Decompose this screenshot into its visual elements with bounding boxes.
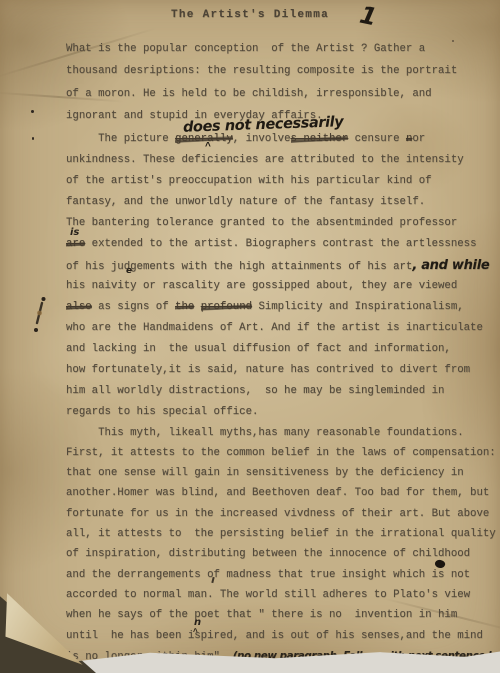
typed-line: are extended to the artist. Biographers … [66, 234, 494, 255]
typed-line: until he has been ispired, and is out of… [66, 626, 494, 646]
typed-line: unkindness. These deficiencies are attri… [66, 150, 494, 171]
typed-text: fortunate for us in the increased vivdne… [66, 508, 489, 520]
typed-line: that one sense will gain in sensitivenes… [66, 463, 494, 483]
typed-line: is no longer within him". (no new paragr… [66, 646, 494, 666]
typed-line: all, it attests to the persisting belief… [66, 524, 494, 544]
struck-text: also [66, 301, 92, 313]
page-title: The Artist's Dilemma [0, 9, 500, 21]
handwritten-correction-n: n [194, 617, 201, 628]
typed-line: his naivity or rascality are gossipped a… [66, 276, 494, 297]
typed-line: him all worldly distractions, so he may … [66, 381, 494, 402]
typed-line: how fortunately,it is said, nature has c… [66, 360, 494, 381]
typed-text: until he has been ispired, and is out of… [66, 630, 483, 642]
typed-text: unkindness. These deficiencies are attri… [66, 154, 464, 166]
typed-line: when he says of the poet that " there is… [66, 605, 494, 625]
paper-sheet: The Artist's Dilemma 1 What is the popul… [0, 0, 500, 673]
typed-text: , involve [233, 133, 291, 145]
typed-text: The picture [66, 133, 175, 145]
typed-line: What is the popular conception of the Ar… [66, 38, 494, 60]
typed-text: of inspiration, distributing between the… [66, 548, 470, 560]
typed-text [194, 301, 200, 313]
typed-text: that one sense will gain in sensitivenes… [66, 467, 464, 479]
typed-line: another.Homer was blind, and Beethoven d… [66, 483, 494, 503]
caret-icon: ^ [193, 628, 198, 637]
struck-text: the [175, 301, 194, 313]
typed-text: how fortunately,it is said, nature has c… [66, 364, 470, 376]
typed-text: him all worldly distractions, so he may … [66, 385, 444, 397]
typed-line: accorded to normal man. The world still … [66, 585, 494, 605]
typed-text: of his judgements with the high attainme… [66, 261, 412, 273]
typed-text: of the artist's preoccupation with his p… [66, 175, 432, 187]
paper-speck [452, 40, 454, 42]
paragraph: This myth, likeall myths,has many reason… [66, 423, 494, 667]
typed-line: thousand desriptions: the resulting comp… [66, 60, 494, 82]
typed-text: thousand desriptions: the resulting comp… [66, 65, 457, 77]
typed-line: First, it attests to the common belief i… [66, 443, 494, 463]
typed-line: The bantering tolerance granted to the a… [66, 213, 494, 234]
typed-text: extended to the artist. Biographers cont… [85, 238, 476, 250]
handwritten-text: , and while [412, 258, 489, 273]
typed-text: fantasy, and the unworldly nature of the… [66, 196, 425, 208]
typed-line: of inspiration, distributing between the… [66, 544, 494, 564]
typed-text: This myth, likeall myths,has many reason… [66, 427, 464, 439]
caret-icon: ^ [205, 142, 211, 153]
typed-line: fantasy, and the unworldly nature of the… [66, 192, 494, 213]
struck-text: s neither [291, 133, 349, 145]
typed-line: regards to his special office. [66, 402, 494, 423]
handwritten-correction-is: is [70, 227, 79, 238]
paper-speck [32, 137, 34, 140]
typed-text: is no longer within him". [66, 651, 233, 663]
typed-text: as signs of [92, 301, 175, 313]
typed-line: This myth, likeall myths,has many reason… [66, 423, 494, 443]
typed-text: accorded to normal man. The world still … [66, 589, 470, 601]
typed-line: and the derrangements of madness that tr… [66, 565, 494, 585]
typed-text: who are the Handmaidens of Art. And if t… [66, 322, 483, 334]
typed-line: and lacking in the usual diffusion of fa… [66, 339, 494, 360]
typed-text: First, it attests to the common belief i… [66, 447, 496, 459]
typed-text: censure [348, 133, 406, 145]
typed-text: or [412, 133, 425, 145]
typed-text: and lacking in the usual diffusion of fa… [66, 343, 451, 355]
handwritten-note: (no new paragraph. Follow with next sent… [233, 650, 500, 662]
typed-line: who are the Handmaidens of Art. And if t… [66, 318, 494, 339]
typed-text: his naivity or rascality are gossipped a… [66, 280, 457, 292]
struck-text: profound [201, 301, 252, 313]
typed-text: another.Homer was blind, and Beethoven d… [66, 487, 489, 499]
handwritten-correction-e: e [126, 266, 132, 276]
margin-exclamation-mark [32, 296, 48, 338]
typed-text: and the derrangements of madness that tr… [66, 569, 470, 581]
paper-speck [31, 110, 34, 113]
struck-text: are [66, 238, 85, 250]
page-number-mark: 1 [357, 1, 379, 32]
typed-text: when he says of the poet that " there is… [66, 609, 457, 621]
typed-line: of a moron. He is held to be childish, i… [66, 83, 494, 105]
scanned-manuscript-page: The Artist's Dilemma 1 What is the popul… [0, 0, 500, 673]
typed-text: all, it attests to the persisting belief… [66, 528, 496, 540]
typed-line: of the artist's preoccupation with his p… [66, 171, 494, 192]
typed-line: also as signs of the profound Simplicity… [66, 297, 494, 318]
typed-text: The bantering tolerance granted to the a… [66, 217, 457, 229]
typed-text: of a moron. He is held to be childish, i… [66, 88, 432, 100]
typed-line: fortunate for us in the increased vivdne… [66, 504, 494, 524]
typed-text: regards to his special office. [66, 406, 258, 418]
typed-text: What is the popular conception of the Ar… [66, 43, 425, 55]
typed-text: Simplicity and Inspirationalism, [252, 301, 464, 313]
paragraph: What is the popular conception of the Ar… [66, 38, 494, 128]
